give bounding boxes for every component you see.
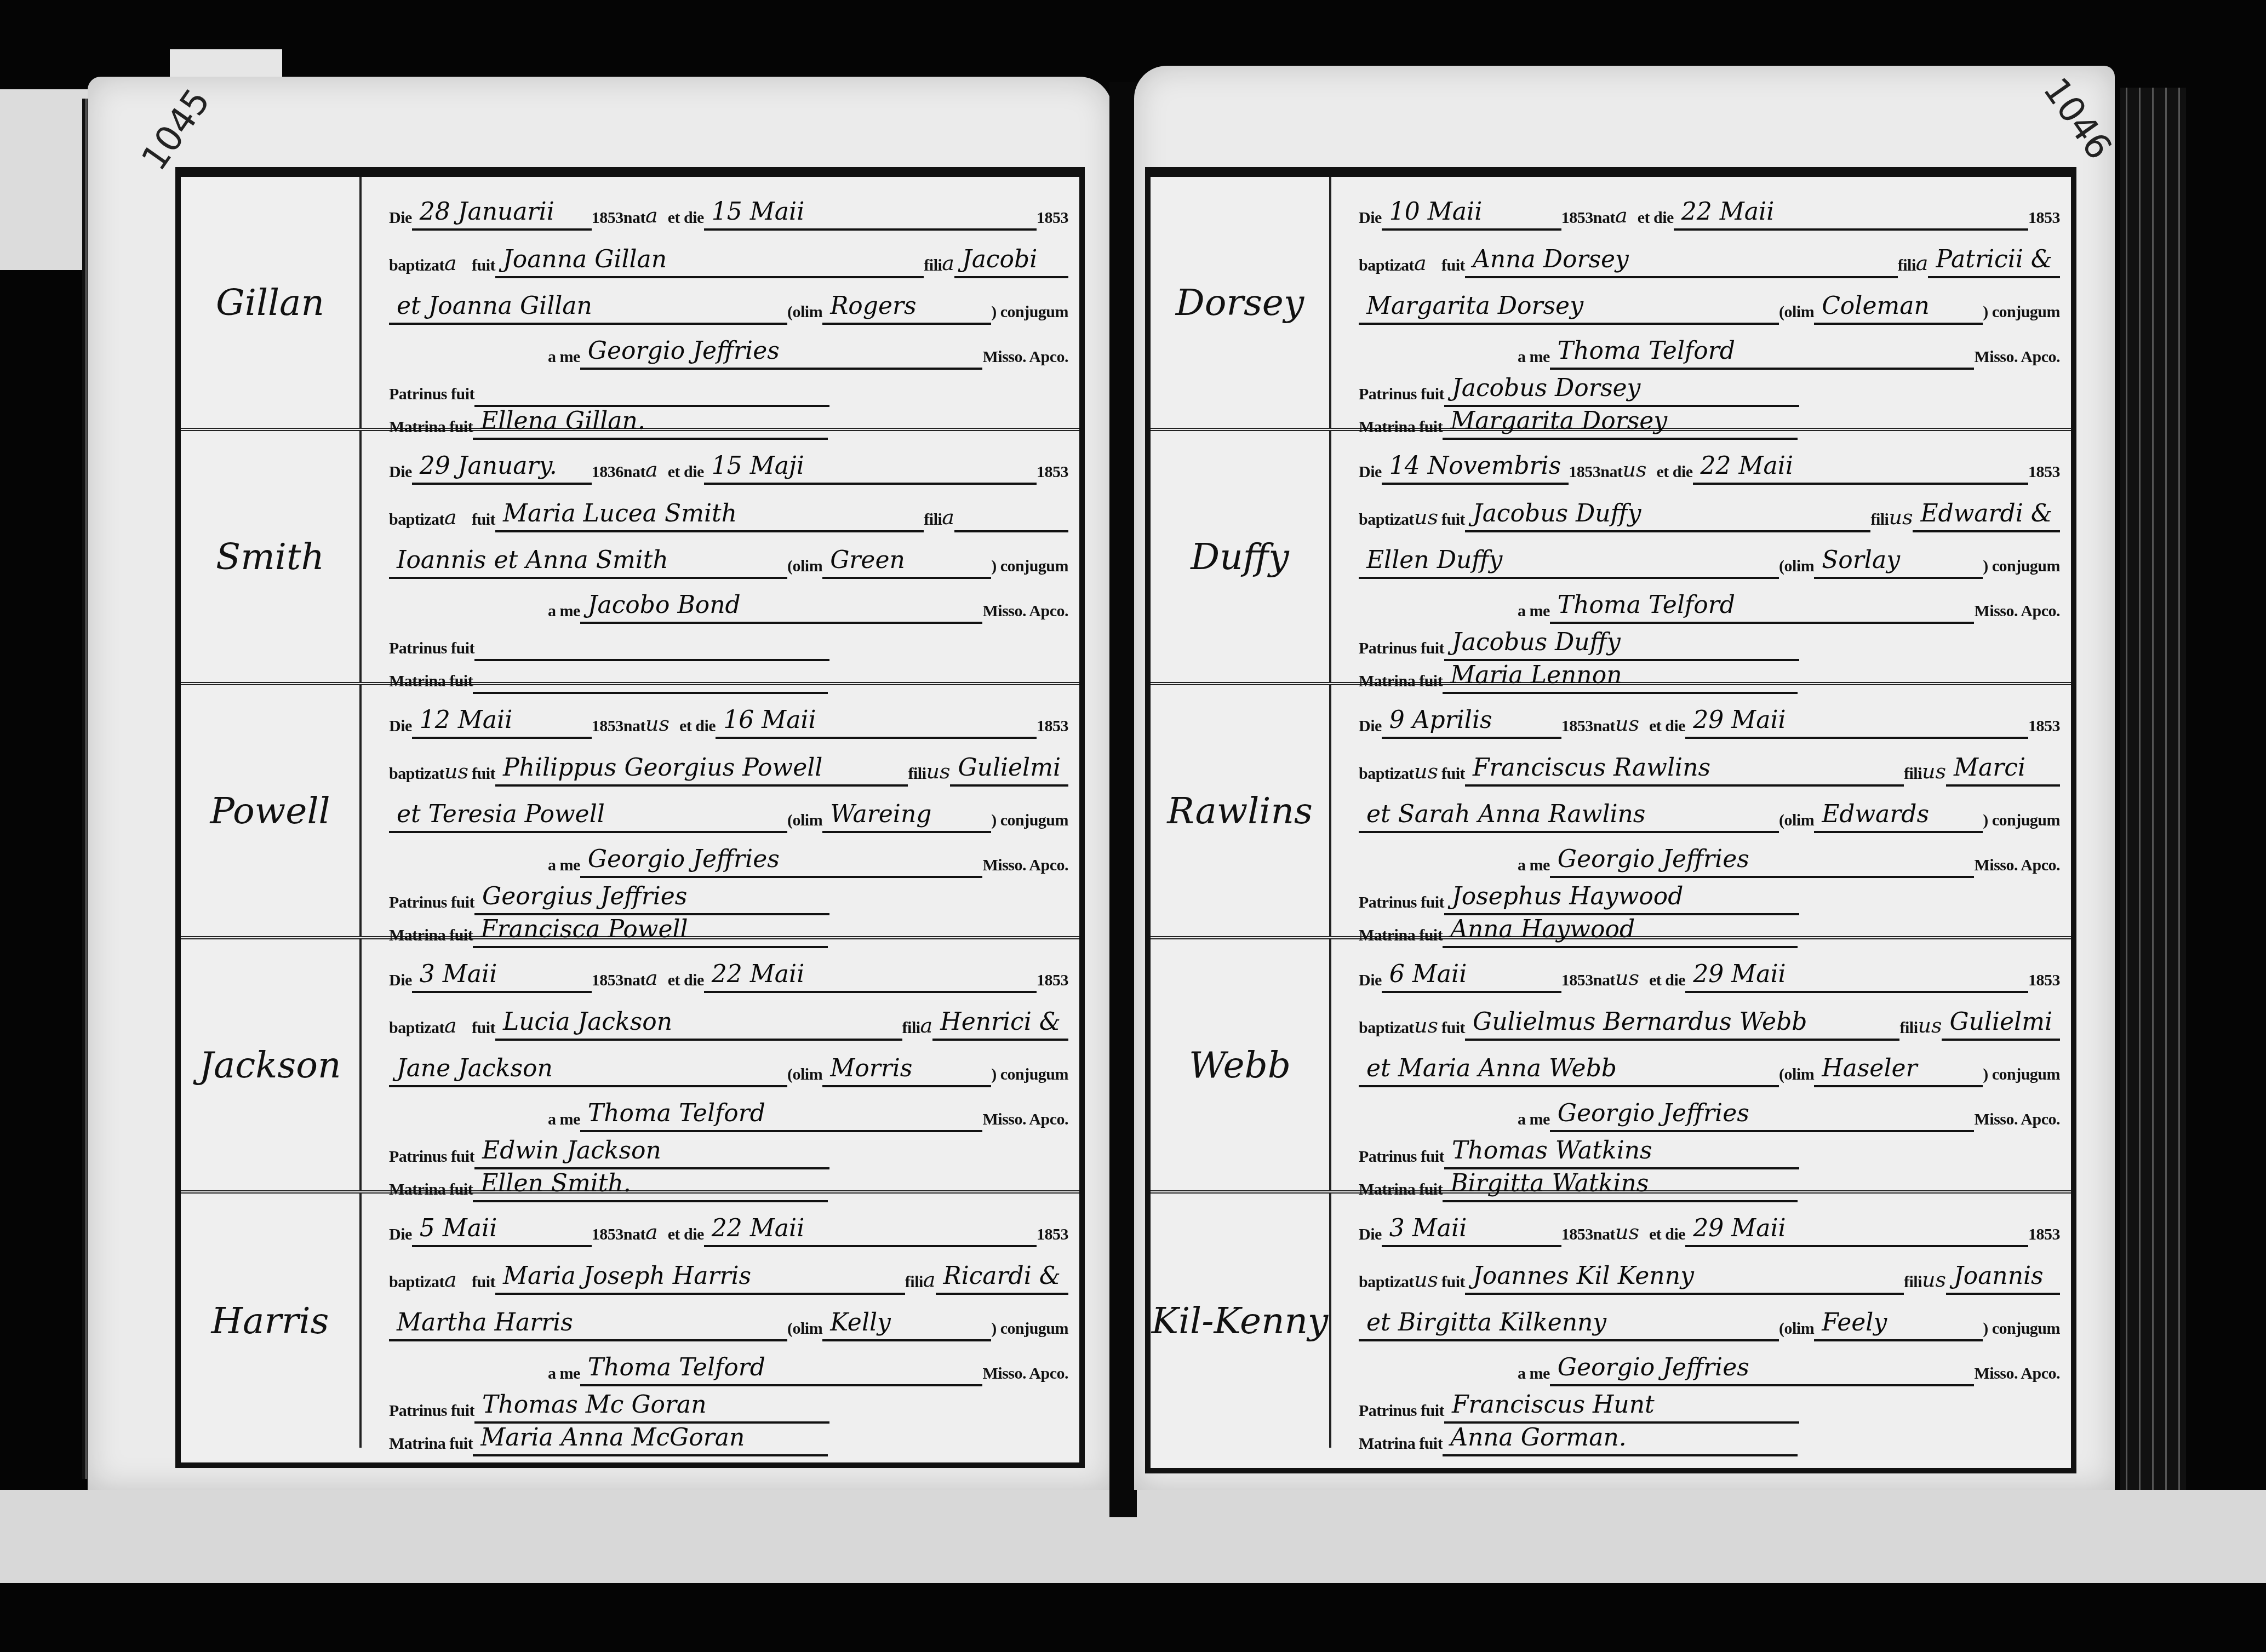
label-die: Die — [1359, 971, 1382, 993]
label-fuit: fuit — [1441, 256, 1465, 278]
baptism-year: 1853 — [1037, 463, 1068, 485]
birth-date: 3 Maii — [1382, 1213, 1561, 1247]
baptism-date: 16 Maii — [716, 705, 1037, 739]
child-line: baptizat us fuit Jacobus Duffy fili us E… — [1359, 489, 2060, 532]
mother-line: et Birgitta Kilkenny — [1359, 1307, 1779, 1341]
baptism-entry: Duffy Die 14 Novembris 1853 nat us et di… — [1151, 431, 2071, 685]
father-name: Jacobi — [954, 244, 1068, 278]
baptism-year: 1853 — [2028, 209, 2060, 231]
baptism-date: 29 Maii — [1685, 959, 2028, 993]
child-line: baptizat us fuit Franciscus Rawlins fili… — [1359, 743, 2060, 787]
baptism-date: 15 Maii — [704, 197, 1037, 231]
label-fili: fili — [1870, 510, 1889, 532]
parents-line: Ellen Duffy (olim Sorlay ) conjugum — [1359, 535, 2060, 579]
father-name: Gulielmi — [1942, 1007, 2060, 1041]
label-conjugum: ) conjugum — [1983, 1065, 2060, 1087]
baptism-year: 1853 — [1037, 971, 1068, 993]
label-baptizat: baptizat — [1359, 1019, 1414, 1041]
label-baptizat: baptizat — [1359, 256, 1414, 278]
entry-body: Die 5 Maii 1853 nat a et die 22 Maii 185… — [362, 1194, 1079, 1448]
label-baptizat: baptizat — [1359, 765, 1414, 787]
label-fili: fili — [924, 510, 942, 532]
label-fuit: fuit — [472, 765, 495, 787]
label-et-die: et die — [1638, 209, 1674, 231]
birth-date: 6 Maii — [1382, 959, 1561, 993]
dates-line: Die 5 Maii 1853 nat a et die 22 Maii 185… — [389, 1203, 1068, 1247]
label-et-die: et die — [1656, 463, 1692, 485]
baptism-year: 1853 — [2028, 1225, 2060, 1247]
entry-body: Die 28 Januarii 1853 nat a et die 15 Mai… — [362, 177, 1079, 428]
baptism-date: 29 Maii — [1685, 1213, 2028, 1247]
fili-suffix: a — [1916, 251, 1929, 278]
dates-line: Die 14 Novembris 1853 nat us et die 22 M… — [1359, 441, 2060, 485]
surname-margin: Jackson — [181, 939, 362, 1190]
label-nat: nat — [1593, 1225, 1615, 1247]
child-name: Gulielmus Bernardus Webb — [1465, 1007, 1899, 1041]
child-name: Lucia Jackson — [495, 1007, 902, 1041]
dates-line: Die 6 Maii 1853 nat us et die 29 Maii 18… — [1359, 949, 2060, 993]
label-die: Die — [1359, 717, 1382, 739]
child-name: Joanna Gillan — [495, 244, 924, 278]
parents-line: Margarita Dorsey (olim Coleman ) conjugu… — [1359, 281, 2060, 325]
label-baptizat: baptizat — [1359, 510, 1414, 532]
label-et-die: et die — [1649, 971, 1685, 993]
surname-margin: Harris — [181, 1194, 362, 1448]
surname-margin: Rawlins — [1151, 685, 1331, 936]
mother-line: et Sarah Anna Rawlins — [1359, 799, 1779, 833]
baptism-entry: Kil-Kenny Die 3 Maii 1853 nat us et die … — [1151, 1194, 2071, 1448]
child-name: Maria Lucea Smith — [495, 498, 924, 532]
surname-margin: Smith — [181, 431, 362, 682]
label-olim: (olim — [1779, 557, 1814, 579]
baptizat-suffix: us — [1414, 1013, 1441, 1041]
mother-line: Martha Harris — [389, 1307, 787, 1341]
birth-year: 1853 — [1561, 971, 1593, 993]
label-fili: fili — [902, 1019, 920, 1041]
fili-suffix: us — [1922, 759, 1946, 787]
maiden-name: Coleman — [1814, 291, 1983, 325]
baptism-entry: Dorsey Die 10 Maii 1853 nat a et die 22 … — [1151, 177, 2071, 431]
maiden-name: Feely — [1814, 1307, 1983, 1341]
baptizat-suffix: us — [444, 759, 472, 787]
label-baptizat: baptizat — [389, 256, 444, 278]
birth-year: 1836 — [592, 463, 623, 485]
baptism-date: 29 Maii — [1685, 705, 2028, 739]
label-fili: fili — [1899, 1019, 1918, 1041]
father-name: Henrici & — [932, 1007, 1068, 1041]
label-olim: (olim — [787, 1320, 822, 1341]
birth-date: 5 Maii — [412, 1213, 592, 1247]
label-fuit: fuit — [1441, 510, 1465, 532]
nat-suffix: a — [645, 457, 658, 485]
child-name: Philippus Georgius Powell — [495, 753, 908, 787]
label-olim: (olim — [1779, 303, 1814, 325]
label-fuit: fuit — [1441, 1019, 1465, 1041]
birth-date: 28 Januarii — [412, 197, 592, 231]
label-conjugum: ) conjugum — [991, 303, 1068, 325]
child-line: baptizat a fuit Maria Joseph Harris fili… — [389, 1251, 1068, 1295]
label-fili: fili — [1898, 256, 1916, 278]
surname-margin: Gillan — [181, 177, 362, 428]
dates-line: Die 29 January. 1836 nat a et die 15 Maj… — [389, 441, 1068, 485]
father-name: Edwardi & — [1913, 498, 2060, 532]
baptism-date: 22 Maii — [1674, 197, 2028, 231]
child-name: Anna Dorsey — [1465, 244, 1898, 278]
label-fili: fili — [1904, 765, 1922, 787]
baptizat-suffix: a — [444, 251, 472, 278]
child-line: baptizat us fuit Gulielmus Bernardus Web… — [1359, 997, 2060, 1041]
birth-year: 1853 — [1561, 209, 1593, 231]
label-et-die: et die — [679, 717, 716, 739]
child-line: baptizat a fuit Maria Lucea Smith fili a — [389, 489, 1068, 532]
father-name: Joannis — [1946, 1261, 2060, 1295]
birth-date: 29 January. — [412, 451, 592, 485]
mother-line: et Teresia Powell — [389, 799, 787, 833]
maiden-name: Green — [822, 545, 991, 579]
label-fuit: fuit — [472, 1273, 495, 1295]
label-die: Die — [1359, 209, 1382, 231]
label-et-die: et die — [1649, 1225, 1685, 1247]
entry-body: Die 3 Maii 1853 nat a et die 22 Maii 185… — [362, 939, 1079, 1190]
godmother-name: Anna Gorman. — [1443, 1422, 1798, 1456]
child-line: baptizat us fuit Philippus Georgius Powe… — [389, 743, 1068, 787]
mother-line: Ioannis et Anna Smith — [389, 545, 787, 579]
book-gutter — [1109, 82, 1137, 1517]
label-fili: fili — [924, 256, 942, 278]
birth-year: 1853 — [1569, 463, 1600, 485]
surname-margin: Dorsey — [1151, 177, 1331, 428]
child-line: baptizat a fuit Lucia Jackson fili a Hen… — [389, 997, 1068, 1041]
baptism-entry: Webb Die 6 Maii 1853 nat us et die 29 Ma… — [1151, 939, 2071, 1194]
nat-suffix: a — [645, 966, 658, 993]
label-conjugum: ) conjugum — [1983, 811, 2060, 833]
birth-year: 1853 — [1561, 717, 1593, 739]
label-die: Die — [389, 717, 412, 739]
baptism-year: 1853 — [2028, 971, 2060, 993]
parents-line: et Maria Anna Webb (olim Haseler ) conju… — [1359, 1043, 2060, 1087]
birth-year: 1853 — [592, 209, 623, 231]
fili-suffix: a — [923, 1267, 936, 1295]
baptizat-suffix: a — [1414, 251, 1441, 278]
entry-body: Die 9 Aprilis 1853 nat us et die 29 Maii… — [1331, 685, 2071, 936]
dates-line: Die 12 Maii 1853 nat us et die 16 Maii 1… — [389, 695, 1068, 739]
fili-suffix: us — [1922, 1267, 1946, 1295]
label-conjugum: ) conjugum — [1983, 1320, 2060, 1341]
parents-line: Martha Harris (olim Kelly ) conjugum — [389, 1298, 1068, 1341]
label-die: Die — [389, 971, 412, 993]
label-nat: nat — [623, 209, 645, 231]
baptizat-suffix: a — [444, 1267, 472, 1295]
label-nat: nat — [623, 1225, 645, 1247]
dates-line: Die 10 Maii 1853 nat a et die 22 Maii 18… — [1359, 187, 2060, 231]
label-nat: nat — [1593, 717, 1615, 739]
baptizat-suffix: a — [444, 1013, 472, 1041]
maiden-name: Sorlay — [1814, 545, 1983, 579]
label-conjugum: ) conjugum — [1983, 303, 2060, 325]
register-table-left: Gillan Die 28 Januarii 1853 nat a et die… — [175, 167, 1085, 1468]
label-conjugum: ) conjugum — [991, 1065, 1068, 1087]
maiden-name: Kelly — [822, 1307, 991, 1341]
baptism-year: 1853 — [2028, 463, 2060, 485]
fili-suffix: us — [1918, 1013, 1942, 1041]
fili-suffix: a — [920, 1013, 933, 1041]
label-nat: nat — [623, 971, 645, 993]
baptism-entry: Rawlins Die 9 Aprilis 1853 nat us et die… — [1151, 685, 2071, 939]
father-name: Patricii & — [1928, 244, 2060, 278]
label-baptizat: baptizat — [1359, 1273, 1414, 1295]
dates-line: Die 28 Januarii 1853 nat a et die 15 Mai… — [389, 187, 1068, 231]
baptism-date: 15 Maji — [704, 451, 1037, 485]
birth-year: 1853 — [1561, 1225, 1593, 1247]
fili-suffix: a — [942, 505, 954, 532]
label-fuit: fuit — [1441, 765, 1465, 787]
godmother-line: Matrina fuit Anna Gorman. — [1359, 1413, 2060, 1456]
baptism-entry: Gillan Die 28 Januarii 1853 nat a et die… — [181, 177, 1079, 431]
label-die: Die — [1359, 463, 1382, 485]
surname-margin: Kil-Kenny — [1151, 1194, 1331, 1448]
baptism-year: 1853 — [1037, 717, 1068, 739]
label-conjugum: ) conjugum — [991, 811, 1068, 833]
mother-line: Margarita Dorsey — [1359, 291, 1779, 325]
register-table-right: Dorsey Die 10 Maii 1853 nat a et die 22 … — [1145, 167, 2076, 1473]
mother-line: Jane Jackson — [389, 1053, 787, 1087]
fili-suffix: us — [1889, 505, 1913, 532]
nat-suffix: a — [645, 1220, 658, 1247]
mother-line: et Joanna Gillan — [389, 291, 787, 325]
maiden-name: Morris — [822, 1053, 991, 1087]
page-stack-right — [2120, 88, 2186, 1490]
surname-margin: Webb — [1151, 939, 1331, 1190]
father-name: Ricardi & — [936, 1261, 1069, 1295]
maiden-name: Rogers — [822, 291, 991, 325]
child-name: Maria Joseph Harris — [495, 1261, 905, 1295]
father-name: Marci — [1946, 753, 2060, 787]
label-nat: nat — [623, 463, 645, 485]
maiden-name: Haseler — [1814, 1053, 1983, 1087]
child-line: baptizat us fuit Joannes Kil Kenny fili … — [1359, 1251, 2060, 1295]
dates-line: Die 3 Maii 1853 nat us et die 29 Maii 18… — [1359, 1203, 2060, 1247]
nat-suffix: us — [1615, 1220, 1639, 1247]
baptism-year: 1853 — [1037, 1225, 1068, 1247]
page-number: 1045 — [134, 82, 218, 178]
label-et-die: et die — [668, 209, 704, 231]
surname-margin: Powell — [181, 685, 362, 936]
label-fuit: fuit — [472, 510, 495, 532]
label-die: Die — [1359, 1225, 1382, 1247]
label-nat: nat — [1593, 971, 1615, 993]
entry-body: Die 3 Maii 1853 nat us et die 29 Maii 18… — [1331, 1194, 2071, 1448]
fili-suffix: us — [926, 759, 950, 787]
label-die: Die — [389, 463, 412, 485]
parents-line: et Birgitta Kilkenny (olim Feely ) conju… — [1359, 1298, 2060, 1341]
baptism-year: 1853 — [2028, 717, 2060, 739]
dates-line: Die 3 Maii 1853 nat a et die 22 Maii 185… — [389, 949, 1068, 993]
baptism-entry: Smith Die 29 January. 1836 nat a et die … — [181, 431, 1079, 685]
birth-date: 9 Aprilis — [1382, 705, 1561, 739]
page-number: 1046 — [2035, 71, 2119, 167]
baptism-entry: Harris Die 5 Maii 1853 nat a et die 22 M… — [181, 1194, 1079, 1448]
label-fuit: fuit — [472, 256, 495, 278]
entry-body: Die 10 Maii 1853 nat a et die 22 Maii 18… — [1331, 177, 2071, 428]
label-olim: (olim — [1779, 1320, 1814, 1341]
label-nat: nat — [1593, 209, 1615, 231]
nat-suffix: us — [1615, 966, 1639, 993]
maiden-name: Edwards — [1814, 799, 1983, 833]
baptism-date: 22 Maii — [704, 1213, 1037, 1247]
label-fili: fili — [905, 1273, 923, 1295]
mother-line: Ellen Duffy — [1359, 545, 1779, 579]
birth-date: 10 Maii — [1382, 197, 1561, 231]
label-et-die: et die — [668, 463, 704, 485]
father-name — [954, 529, 1068, 532]
label-conjugum: ) conjugum — [991, 557, 1068, 579]
label-olim: (olim — [787, 1065, 822, 1087]
nat-suffix: us — [1622, 457, 1646, 485]
entry-body: Die 12 Maii 1853 nat us et die 16 Maii 1… — [362, 685, 1079, 936]
maiden-name: Wareing — [822, 799, 991, 833]
nat-suffix: us — [645, 712, 669, 739]
label-nat: nat — [1600, 463, 1622, 485]
birth-year: 1853 — [592, 1225, 623, 1247]
nat-suffix: a — [1615, 203, 1628, 231]
entry-body: Die 14 Novembris 1853 nat us et die 22 M… — [1331, 431, 2071, 682]
baptism-date: 22 Maii — [704, 959, 1037, 993]
label-baptizat: baptizat — [389, 510, 444, 532]
label-et-die: et die — [1649, 717, 1685, 739]
birth-year: 1853 — [592, 971, 623, 993]
baptism-date: 22 Maii — [1693, 451, 2028, 485]
godmother-name: Maria Anna McGoran — [473, 1422, 828, 1456]
label-et-die: et die — [668, 971, 704, 993]
child-name: Jacobus Duffy — [1465, 498, 1870, 532]
entry-body: Die 29 January. 1836 nat a et die 15 Maj… — [362, 431, 1079, 682]
label-conjugum: ) conjugum — [991, 1320, 1068, 1341]
child-name: Franciscus Rawlins — [1465, 753, 1904, 787]
nat-suffix: us — [1615, 712, 1639, 739]
label-fili: fili — [1904, 1273, 1922, 1295]
label-matrina: Matrina fuit — [389, 1435, 473, 1456]
surname-margin: Duffy — [1151, 431, 1331, 682]
fili-suffix: a — [942, 251, 954, 278]
baptism-year: 1853 — [1037, 209, 1068, 231]
label-olim: (olim — [1779, 1065, 1814, 1087]
label-fili: fili — [908, 765, 926, 787]
label-olim: (olim — [1779, 811, 1814, 833]
label-olim: (olim — [787, 303, 822, 325]
birth-date: 12 Maii — [412, 705, 592, 739]
baptism-entry: Powell Die 12 Maii 1853 nat us et die 16… — [181, 685, 1079, 939]
parents-line: et Sarah Anna Rawlins (olim Edwards ) co… — [1359, 789, 2060, 833]
baptizat-suffix: a — [444, 505, 472, 532]
label-die: Die — [389, 209, 412, 231]
child-name: Joannes Kil Kenny — [1465, 1261, 1904, 1295]
label-conjugum: ) conjugum — [1983, 557, 2060, 579]
label-olim: (olim — [787, 557, 822, 579]
birth-year: 1853 — [592, 717, 623, 739]
birth-date: 14 Novembris — [1382, 451, 1569, 485]
label-fuit: fuit — [1441, 1273, 1465, 1295]
label-baptizat: baptizat — [389, 1019, 444, 1041]
parents-line: et Teresia Powell (olim Wareing ) conjug… — [389, 789, 1068, 833]
label-baptizat: baptizat — [389, 765, 444, 787]
mother-line: et Maria Anna Webb — [1359, 1053, 1779, 1087]
child-line: baptizat a fuit Anna Dorsey fili a Patri… — [1359, 234, 2060, 278]
label-olim: (olim — [787, 811, 822, 833]
child-line: baptizat a fuit Joanna Gillan fili a Jac… — [389, 234, 1068, 278]
entry-body: Die 6 Maii 1853 nat us et die 29 Maii 18… — [1331, 939, 2071, 1190]
label-baptizat: baptizat — [389, 1273, 444, 1295]
father-name: Gulielmi — [950, 753, 1068, 787]
parents-line: Ioannis et Anna Smith (olim Green ) conj… — [389, 535, 1068, 579]
label-nat: nat — [623, 717, 645, 739]
baptizat-suffix: us — [1414, 1267, 1441, 1295]
label-fuit: fuit — [472, 1019, 495, 1041]
label-matrina: Matrina fuit — [1359, 1435, 1443, 1456]
baptizat-suffix: us — [1414, 505, 1441, 532]
nat-suffix: a — [645, 203, 658, 231]
godmother-line: Matrina fuit Maria Anna McGoran — [389, 1413, 1068, 1456]
parents-line: et Joanna Gillan (olim Rogers ) conjugum — [389, 281, 1068, 325]
parents-line: Jane Jackson (olim Morris ) conjugum — [389, 1043, 1068, 1087]
baptizat-suffix: us — [1414, 759, 1441, 787]
birth-date: 3 Maii — [412, 959, 592, 993]
label-die: Die — [389, 1225, 412, 1247]
dates-line: Die 9 Aprilis 1853 nat us et die 29 Maii… — [1359, 695, 2060, 739]
baptism-entry: Jackson Die 3 Maii 1853 nat a et die 22 … — [181, 939, 1079, 1194]
label-et-die: et die — [668, 1225, 704, 1247]
